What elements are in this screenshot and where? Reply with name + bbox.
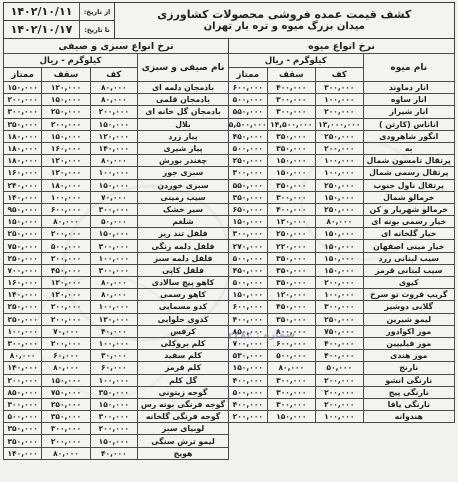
premium-price-cell: ۲۵۰,۰۰۰ [4, 228, 42, 240]
floor-price-cell: ۴۰,۰۰۰ [90, 325, 137, 337]
fruit-floor-column-header: کف [316, 68, 363, 82]
price-table-row: پرتقال رسمی شمال۱۰۰,۰۰۰۱۵۰,۰۰۰۳۰۰,۰۰۰ [229, 167, 455, 179]
price-table-row: کلم سفید۳۰,۰۰۰۶۰,۰۰۰۸۰,۰۰۰ [4, 350, 229, 362]
item-name-cell: سیر خشک [137, 203, 228, 215]
fruit-price-table: نام میوه کیلوگرم - ریال کف سقف ممتاز انا… [228, 53, 455, 423]
item-name-cell: گریپ فروت تو سرخ [363, 289, 454, 301]
document-title-box: کشف قیمت عمده فروشی محصولات کشاورزی میدا… [114, 2, 456, 39]
price-table-row: خرمالو شهریار و کن۲۵۰,۰۰۰۴۰۰,۰۰۰۶۵۰,۰۰۰ [229, 203, 455, 215]
floor-price-cell: ۵۰,۰۰۰ [316, 362, 363, 374]
premium-price-cell: ۳۵۰,۰۰۰ [4, 423, 42, 435]
floor-price-cell: ۱۵۰,۰۰۰ [316, 264, 363, 276]
ceiling-price-cell: ۱۸۰,۰۰۰ [42, 179, 90, 191]
floor-price-cell: ۲۵۰,۰۰۰ [316, 130, 363, 142]
ceiling-price-cell: ۱۲۰,۰۰۰ [42, 277, 90, 289]
premium-price-cell: ۳۰۰,۰۰۰ [4, 106, 42, 118]
ceiling-price-cell: ۱۲۰,۰۰۰ [42, 155, 90, 167]
ceiling-price-cell: ۱۵۰,۰۰۰ [42, 94, 90, 106]
item-name-cell: هویج [137, 447, 228, 459]
price-table-row: گوجه فرنگی بوته رس۱۵۰,۰۰۰۲۵۰,۰۰۰۳۰۰,۰۰۰ [4, 398, 229, 410]
ceiling-price-cell: ۴۵۰,۰۰۰ [42, 264, 90, 276]
ceiling-price-cell: ۸۰,۰۰۰ [42, 216, 90, 228]
ceiling-price-cell: ۳۰۰,۰۰۰ [267, 94, 316, 106]
ceiling-price-cell: ۲۰۰,۰۰۰ [42, 301, 90, 313]
price-table-row: نارنگی پیج۲۰۰,۰۰۰۳۰۰,۰۰۰۵۰۰,۰۰۰ [229, 386, 455, 398]
price-table-row: سبزی جور۱۰۰,۰۰۰۱۲۰,۰۰۰۱۶۰,۰۰۰ [4, 167, 229, 179]
veg-header-row-1: نام صیفی و سبزی کیلوگرم - ریال [4, 54, 229, 68]
fruit-table-wrapper: نام میوه کیلوگرم - ریال کف سقف ممتاز انا… [228, 53, 455, 423]
premium-price-cell: ۱۸۰,۰۰۰ [4, 142, 42, 154]
price-table-row: گوجه زیتونی۳۵۰,۰۰۰۷۵۰,۰۰۰۸۵۰,۰۰۰ [4, 386, 229, 398]
ceiling-price-cell: ۶۰,۰۰۰ [42, 350, 90, 362]
premium-price-cell: ۱۵,۵۰۰,۰۰۰ [229, 118, 267, 130]
price-table-row: سبزی خوردن۱۵۰,۰۰۰۱۸۰,۰۰۰۲۴۰,۰۰۰ [4, 179, 229, 191]
premium-price-cell: ۳۵۰,۰۰۰ [4, 435, 42, 447]
price-table-row: انار ساوه۱۰۰,۰۰۰۳۰۰,۰۰۰۵۰۰,۰۰۰ [229, 94, 455, 106]
floor-price-cell: ۱۰۰,۰۰۰ [90, 337, 137, 349]
veg-premium-column-header: ممتاز [4, 68, 42, 82]
premium-price-cell: ۱۴۰,۰۰۰ [4, 447, 42, 459]
floor-price-cell: ۱۲۰,۰۰۰ [90, 313, 137, 325]
floor-price-cell: ۳۰,۰۰۰ [90, 350, 137, 362]
premium-price-cell: ۱۴۰,۰۰۰ [4, 191, 42, 203]
ceiling-price-cell: ۳۰۰,۰۰۰ [267, 191, 316, 203]
premium-price-cell: ۲۵۰,۰۰۰ [4, 252, 42, 264]
ceiling-price-cell: ۱۵۰,۰۰۰ [267, 155, 316, 167]
premium-price-cell: ۲۰۰,۰۰۰ [4, 374, 42, 386]
price-table-row: خرمالو شمال۱۵۰,۰۰۰۳۰۰,۰۰۰۳۵۰,۰۰۰ [229, 191, 455, 203]
veg-unit-header: کیلوگرم - ریال [4, 54, 138, 68]
premium-price-cell: ۵۰۰,۰۰۰ [4, 411, 42, 423]
ceiling-price-cell: ۴۰۰,۰۰۰ [267, 203, 316, 215]
floor-price-cell: ۳۰۰,۰۰۰ [90, 264, 137, 276]
item-name-cell: سیب لبنانی قرمز [363, 264, 454, 276]
ceiling-price-cell: ۱۵۰,۰۰۰ [42, 130, 90, 142]
item-name-cell: انار ساوه [363, 94, 454, 106]
item-name-cell: خیار رسمی بوته ای [363, 216, 454, 228]
price-table-row: نارنج۵۰,۰۰۰۸۰,۰۰۰۱۵۰,۰۰۰ [229, 362, 455, 374]
premium-price-cell: ۷۰۰,۰۰۰ [4, 264, 42, 276]
floor-price-cell: ۲۰۰,۰۰۰ [316, 374, 363, 386]
price-table-row: پیاز زرد۱۲۰,۰۰۰۱۵۰,۰۰۰۱۸۰,۰۰۰ [4, 130, 229, 142]
floor-price-cell: ۱۵۰,۰۰۰ [316, 252, 363, 264]
premium-price-cell: ۹۵۰,۰۰۰ [4, 203, 42, 215]
floor-price-cell: ۲۰۰,۰۰۰ [90, 423, 137, 435]
floor-price-cell: ۸۰,۰۰۰ [90, 94, 137, 106]
item-name-cell: خرمالو شهریار و کن [363, 203, 454, 215]
ceiling-price-cell: ۴۰۰,۰۰۰ [267, 82, 316, 94]
item-name-cell: کرفس [137, 325, 228, 337]
price-table-row: هویج۴۰,۰۰۰۸۰,۰۰۰۱۴۰,۰۰۰ [4, 447, 229, 459]
floor-price-cell: ۳۵۰,۰۰۰ [90, 386, 137, 398]
price-table-row: خیار مینی اصفهان۱۵۰,۰۰۰۲۲۰,۰۰۰۲۷۰,۰۰۰ [229, 240, 455, 252]
price-table-row: شلغم۵۰,۰۰۰۸۰,۰۰۰۱۵۰,۰۰۰ [4, 216, 229, 228]
floor-price-cell: ۴۰۰,۰۰۰ [316, 337, 363, 349]
item-name-cell: کاهو پیچ سالادی [137, 277, 228, 289]
price-table-row: گریپ فروت تو سرخ۱۰۰,۰۰۰۱۲۰,۰۰۰۱۵۰,۰۰۰ [229, 289, 455, 301]
price-table-row: لیمو شیرین۲۵۰,۰۰۰۳۵۰,۰۰۰۴۰۰,۰۰۰ [229, 313, 455, 325]
ceiling-price-cell: ۱۲۰,۰۰۰ [42, 289, 90, 301]
ceiling-price-cell: ۲۵۰,۰۰۰ [42, 398, 90, 410]
item-name-cell: اناناس (کارتن ) [363, 118, 454, 130]
premium-price-cell: ۱۸۰,۰۰۰ [4, 130, 42, 142]
scanned-price-sheet: { "doc": { "title1": "کشف قیمت عمده فروش… [0, 0, 458, 482]
item-name-cell: بلال [137, 118, 228, 130]
price-table-row: گوجه فرنگی گلخانه۳۰۰,۰۰۰۳۵۰,۰۰۰۵۰۰,۰۰۰ [4, 411, 229, 423]
floor-price-cell: ۳۰۰,۰۰۰ [316, 82, 363, 94]
premium-price-cell: ۴۵۰,۰۰۰ [229, 264, 267, 276]
item-name-cell: موز اکوادور [363, 325, 454, 337]
date-from-row: از تاریخ: ۱۴۰۲/۱۰/۱۱ [4, 3, 114, 21]
premium-price-cell: ۳۰۰,۰۰۰ [4, 337, 42, 349]
floor-price-cell: ۱۰۰,۰۰۰ [90, 374, 137, 386]
date-to-value: ۱۴۰۲/۱۰/۱۷ [4, 23, 79, 36]
floor-price-cell: ۱۵۰,۰۰۰ [90, 435, 137, 447]
price-table-row: کاهو پیچ سالادی۸۰,۰۰۰۱۲۰,۰۰۰۱۶۰,۰۰۰ [4, 277, 229, 289]
premium-price-cell: ۱۴۰,۰۰۰ [4, 289, 42, 301]
ceiling-price-cell: ۱۰۰,۰۰۰ [42, 191, 90, 203]
premium-price-cell: ۳۵۰,۰۰۰ [229, 191, 267, 203]
price-table-row: سیب لبنانی زرد۱۵۰,۰۰۰۳۵۰,۰۰۰۵۰۰,۰۰۰ [229, 252, 455, 264]
item-name-cell: فلفل دلمه سبز [137, 252, 228, 264]
premium-price-cell: ۴۰۰,۰۰۰ [229, 374, 267, 386]
floor-price-cell: ۱۰۰,۰۰۰ [316, 167, 363, 179]
veg-ceiling-column-header: سقف [42, 68, 90, 82]
ceiling-price-cell: ۱۵۰,۰۰۰ [267, 167, 316, 179]
premium-price-cell: ۲۵۰,۰۰۰ [4, 301, 42, 313]
date-range-box: از تاریخ: ۱۴۰۲/۱۰/۱۱ تا تاریخ: ۱۴۰۲/۱۰/۱… [3, 2, 115, 39]
floor-price-cell: ۸۰,۰۰۰ [90, 277, 137, 289]
date-to-label: تا تاریخ: [79, 21, 114, 38]
item-name-cell: موز فیلیپین [363, 337, 454, 349]
price-table-row: فلفل دلمه سبز۱۰۰,۰۰۰۲۰۰,۰۰۰۲۵۰,۰۰۰ [4, 252, 229, 264]
ceiling-price-cell: ۱۵۰,۰۰۰ [42, 374, 90, 386]
price-table-row: کرفس۴۰,۰۰۰۷۰,۰۰۰۱۰۰,۰۰۰ [4, 325, 229, 337]
ceiling-price-cell: ۳۰۰,۰۰۰ [267, 386, 316, 398]
ceiling-price-cell: ۲۰۰,۰۰۰ [42, 313, 90, 325]
ceiling-price-cell: ۱۲۰,۰۰۰ [42, 82, 90, 94]
ceiling-price-cell: ۲۰۰,۰۰۰ [42, 118, 90, 130]
price-table-row: سیب لبنانی قرمز۱۵۰,۰۰۰۳۵۰,۰۰۰۴۵۰,۰۰۰ [229, 264, 455, 276]
ceiling-price-cell: ۸۰۰,۰۰۰ [267, 325, 316, 337]
floor-price-cell: ۱۵۰,۰۰۰ [90, 118, 137, 130]
ceiling-price-cell: ۱۲۰,۰۰۰ [267, 289, 316, 301]
premium-price-cell: ۳۰۰,۰۰۰ [229, 167, 267, 179]
item-name-cell: چغندر بورش [137, 155, 228, 167]
floor-price-cell: ۶۰,۰۰۰ [90, 362, 137, 374]
premium-price-cell: ۴۰۰,۰۰۰ [229, 313, 267, 325]
item-name-cell: هندوانه [363, 411, 454, 423]
item-name-cell: سبزی جور [137, 167, 228, 179]
premium-price-cell: ۵۰۰,۰۰۰ [229, 386, 267, 398]
floor-price-cell: ۱۵۰,۰۰۰ [90, 179, 137, 191]
item-name-cell: به [363, 142, 454, 154]
premium-price-cell: ۱۴۰,۰۰۰ [4, 362, 42, 374]
price-table-row: بادمجان دلمه ای۸۰,۰۰۰۱۲۰,۰۰۰۱۵۰,۰۰۰ [4, 82, 229, 94]
premium-price-cell: ۱۶۰,۰۰۰ [4, 167, 42, 179]
item-name-cell: پرتقال تامسون شمال [363, 155, 454, 167]
veg-floor-column-header: کف [90, 68, 137, 82]
premium-price-cell: ۱۵۰,۰۰۰ [229, 362, 267, 374]
ceiling-price-cell: ۳۵۰,۰۰۰ [267, 277, 316, 289]
premium-price-cell: ۸۵۰,۰۰۰ [229, 325, 267, 337]
veg-name-column-header: نام صیفی و سبزی [137, 54, 228, 82]
price-tables: نام میوه کیلوگرم - ریال کف سقف ممتاز انا… [3, 53, 455, 460]
item-name-cell: کلم بروکلی [137, 337, 228, 349]
item-name-cell: پیاز شیری [137, 142, 228, 154]
ceiling-price-cell: ۶۰۰,۰۰۰ [42, 203, 90, 215]
floor-price-cell: ۱۰۰,۰۰۰ [90, 301, 137, 313]
ceiling-price-cell: ۳۵۰,۰۰۰ [267, 252, 316, 264]
ceiling-price-cell: ۱۲۰,۰۰۰ [42, 167, 90, 179]
price-table-row: اناناس (کارتن )۱۳,۰۰۰,۰۰۰۱۴,۵۰۰,۰۰۰۱۵,۵۰… [229, 118, 455, 130]
item-name-cell: انگور شاهرودی [363, 130, 454, 142]
floor-price-cell: ۲۰۰,۰۰۰ [316, 386, 363, 398]
price-table-row: انار شیراز۲۰۰,۰۰۰۳۰۰,۰۰۰۵۵۰,۰۰۰ [229, 106, 455, 118]
ceiling-price-cell: ۳۵۰,۰۰۰ [267, 179, 316, 191]
floor-price-cell: ۸۰,۰۰۰ [90, 155, 137, 167]
price-table-row: خیار گلخانه ای۱۵۰,۰۰۰۲۵۰,۰۰۰۳۰۰,۰۰۰ [229, 228, 455, 240]
premium-price-cell: ۲۵۰,۰۰۰ [4, 313, 42, 325]
price-table-row: چغندر بورش۸۰,۰۰۰۱۲۰,۰۰۰۱۸۰,۰۰۰ [4, 155, 229, 167]
item-name-cell: نارنج [363, 362, 454, 374]
premium-price-cell: ۶۰۰,۰۰۰ [229, 82, 267, 94]
fruit-premium-column-header: ممتاز [229, 68, 267, 82]
ceiling-price-cell: ۱۲۰,۰۰۰ [267, 216, 316, 228]
price-table-row: لوبیای سبز۲۰۰,۰۰۰۳۰۰,۰۰۰۳۵۰,۰۰۰ [4, 423, 229, 435]
ceiling-price-cell: ۲۰۰,۰۰۰ [42, 252, 90, 264]
item-name-cell: فلفل تند ریز [137, 228, 228, 240]
item-name-cell: سیب لبنانی زرد [363, 252, 454, 264]
date-from-label: از تاریخ: [79, 3, 114, 20]
price-table-row: کدو مسمایی۱۰۰,۰۰۰۲۰۰,۰۰۰۲۵۰,۰۰۰ [4, 301, 229, 313]
floor-price-cell: ۱۰۰,۰۰۰ [90, 167, 137, 179]
ceiling-price-cell: ۲۲۰,۰۰۰ [267, 240, 316, 252]
premium-price-cell: ۲۴۰,۰۰۰ [4, 179, 42, 191]
floor-price-cell: ۲۰۰,۰۰۰ [90, 106, 137, 118]
item-name-cell: گلابی دوشیز [363, 301, 454, 313]
premium-price-cell: ۷۵۰,۰۰۰ [4, 240, 42, 252]
ceiling-price-cell: ۳۰۰,۰۰۰ [267, 374, 316, 386]
item-name-cell: لیمو شیرین [363, 313, 454, 325]
premium-price-cell: ۱۵۰,۰۰۰ [4, 82, 42, 94]
price-table-row: انار دماوند۳۰۰,۰۰۰۴۰۰,۰۰۰۶۰۰,۰۰۰ [229, 82, 455, 94]
date-to-row: تا تاریخ: ۱۴۰۲/۱۰/۱۷ [4, 21, 114, 38]
veg-price-table: نام صیفی و سبزی کیلوگرم - ریال کف سقف مم… [3, 53, 229, 460]
floor-price-cell: ۷۰,۰۰۰ [90, 191, 137, 203]
item-name-cell: پرتقال ناول جنوب [363, 179, 454, 191]
price-table-row: فلفل کاپی۳۰۰,۰۰۰۴۵۰,۰۰۰۷۰۰,۰۰۰ [4, 264, 229, 276]
item-name-cell: کاهو رسمی [137, 289, 228, 301]
price-table-row: گل کلم۱۰۰,۰۰۰۱۵۰,۰۰۰۲۰۰,۰۰۰ [4, 374, 229, 386]
price-table-row: کاهو رسمی۸۰,۰۰۰۱۲۰,۰۰۰۱۴۰,۰۰۰ [4, 289, 229, 301]
floor-price-cell: ۱۰۰,۰۰۰ [316, 94, 363, 106]
price-table-row: خیار رسمی بوته ای۸۰,۰۰۰۱۲۰,۰۰۰۱۵۰,۰۰۰ [229, 216, 455, 228]
premium-price-cell: ۲۰۰,۰۰۰ [229, 411, 267, 423]
ceiling-price-cell: ۳۵۰,۰۰۰ [267, 313, 316, 325]
ceiling-price-cell: ۲۰۰,۰۰۰ [42, 228, 90, 240]
item-name-cell: پیاز زرد [137, 130, 228, 142]
floor-price-cell: ۳۰۰,۰۰۰ [90, 240, 137, 252]
ceiling-price-cell: ۳۰۰,۰۰۰ [267, 106, 316, 118]
fruit-name-column-header: نام میوه [363, 54, 454, 82]
price-table-row: بادمجان قلمی۸۰,۰۰۰۱۵۰,۰۰۰۲۰۰,۰۰۰ [4, 94, 229, 106]
floor-price-cell: ۱۵۰,۰۰۰ [316, 240, 363, 252]
floor-price-cell: ۱۰۰,۰۰۰ [316, 289, 363, 301]
premium-price-cell: ۴۰۰,۰۰۰ [229, 398, 267, 410]
floor-price-cell: ۳۰۰,۰۰۰ [316, 301, 363, 313]
price-table-row: پیاز شیری۱۴۰,۰۰۰۱۶۰,۰۰۰۱۸۰,۰۰۰ [4, 142, 229, 154]
item-name-cell: بادمجان دلمه ای [137, 82, 228, 94]
item-name-cell: سیب زمینی [137, 191, 228, 203]
price-table-row: موز اکوادور۷۵۰,۰۰۰۸۰۰,۰۰۰۸۵۰,۰۰۰ [229, 325, 455, 337]
premium-price-cell: ۸۵۰,۰۰۰ [4, 386, 42, 398]
date-from-value: ۱۴۰۲/۱۰/۱۱ [4, 5, 79, 18]
document-header: کشف قیمت عمده فروشی محصولات کشاورزی میدا… [3, 2, 455, 39]
item-name-cell: فلفل دلمه رنگی [137, 240, 228, 252]
price-table-row: موز فیلیپین۴۰۰,۰۰۰۶۰۰,۰۰۰۷۰۰,۰۰۰ [229, 337, 455, 349]
premium-price-cell: ۷۰۰,۰۰۰ [229, 337, 267, 349]
ceiling-price-cell: ۲۵۰,۰۰۰ [267, 228, 316, 240]
premium-price-cell: ۵۰۰,۰۰۰ [229, 277, 267, 289]
floor-price-cell: ۵۰,۰۰۰ [90, 216, 137, 228]
price-table-row: بلال۱۵۰,۰۰۰۲۰۰,۰۰۰۳۵۰,۰۰۰ [4, 118, 229, 130]
floor-price-cell: ۸۰,۰۰۰ [90, 82, 137, 94]
item-name-cell: فلفل کاپی [137, 264, 228, 276]
premium-price-cell: ۵۵۰,۰۰۰ [229, 179, 267, 191]
item-name-cell: خرمالو شمال [363, 191, 454, 203]
ceiling-price-cell: ۲۰۰,۰۰۰ [42, 337, 90, 349]
price-table-row: بادمجان گل خانه ای۲۰۰,۰۰۰۲۵۰,۰۰۰۳۰۰,۰۰۰ [4, 106, 229, 118]
item-name-cell: شلغم [137, 216, 228, 228]
ceiling-price-cell: ۳۰۰,۰۰۰ [42, 423, 90, 435]
item-name-cell: گوجه فرنگی بوته رس [137, 398, 228, 410]
price-table-row: کلم بروکلی۱۰۰,۰۰۰۲۰۰,۰۰۰۳۰۰,۰۰۰ [4, 337, 229, 349]
item-name-cell: خیار گلخانه ای [363, 228, 454, 240]
item-name-cell: بادمجان گل خانه ای [137, 106, 228, 118]
item-name-cell: سبزی خوردن [137, 179, 228, 191]
premium-price-cell: ۱۵۰,۰۰۰ [229, 216, 267, 228]
price-table-row: به۲۰۰,۰۰۰۳۵۰,۰۰۰۵۰۰,۰۰۰ [229, 142, 455, 154]
premium-price-cell: ۱۶۰,۰۰۰ [4, 277, 42, 289]
fruit-header-row-1: نام میوه کیلوگرم - ریال [229, 54, 455, 68]
ceiling-price-cell: ۳۰۰,۰۰۰ [267, 398, 316, 410]
item-name-cell: لیمو ترش سنگی [137, 435, 228, 447]
ceiling-price-cell: ۶۰۰,۰۰۰ [267, 337, 316, 349]
price-table-row: فلفل تند ریز۱۵۰,۰۰۰۲۰۰,۰۰۰۲۵۰,۰۰۰ [4, 228, 229, 240]
ceiling-price-cell: ۷۵۰,۰۰۰ [42, 386, 90, 398]
fruit-section-title: نرخ انواع میوه [228, 38, 455, 54]
document-title-line2: میدان بزرگ میوه و تره بار تهران [115, 21, 455, 33]
floor-price-cell: ۱۰۰,۰۰۰ [90, 252, 137, 264]
item-name-cell: خیار مینی اصفهان [363, 240, 454, 252]
item-name-cell: گل کلم [137, 374, 228, 386]
premium-price-cell: ۱۸۰,۰۰۰ [4, 155, 42, 167]
premium-price-cell: ۸۰,۰۰۰ [4, 350, 42, 362]
floor-price-cell: ۲۰۰,۰۰۰ [316, 398, 363, 410]
item-name-cell: کلم سفید [137, 350, 228, 362]
floor-price-cell: ۸۰,۰۰۰ [316, 216, 363, 228]
item-name-cell: لوبیای سبز [137, 423, 228, 435]
item-name-cell: کدوی حلوایی [137, 313, 228, 325]
price-table-row: گلابی دوشیز۳۰۰,۰۰۰۴۵۰,۰۰۰۶۰۰,۰۰۰ [229, 301, 455, 313]
floor-price-cell: ۱۴۰,۰۰۰ [90, 142, 137, 154]
ceiling-price-cell: ۸۰,۰۰۰ [267, 362, 316, 374]
premium-price-cell: ۱۵۰,۰۰۰ [4, 216, 42, 228]
item-name-cell: کیوی [363, 277, 454, 289]
ceiling-price-cell: ۵۰۰,۰۰۰ [42, 240, 90, 252]
item-name-cell: موز هندی [363, 350, 454, 362]
premium-price-cell: ۵۵۰,۰۰۰ [229, 106, 267, 118]
premium-price-cell: ۵۰۰,۰۰۰ [229, 142, 267, 154]
floor-price-cell: ۳۰۰,۰۰۰ [90, 411, 137, 423]
ceiling-price-cell: ۱۶۰,۰۰۰ [42, 142, 90, 154]
premium-price-cell: ۲۵۰,۰۰۰ [229, 155, 267, 167]
price-table-row: کلم قرمز۶۰,۰۰۰۸۰,۰۰۰۱۴۰,۰۰۰ [4, 362, 229, 374]
floor-price-cell: ۱۵۰,۰۰۰ [316, 191, 363, 203]
document-title-line1: کشف قیمت عمده فروشی محصولات کشاورزی [115, 8, 455, 21]
price-table-row: نارنگی انشو۲۰۰,۰۰۰۳۰۰,۰۰۰۴۰۰,۰۰۰ [229, 374, 455, 386]
premium-price-cell: ۱۰۰,۰۰۰ [4, 325, 42, 337]
item-name-cell: کلم قرمز [137, 362, 228, 374]
floor-price-cell: ۱۳,۰۰۰,۰۰۰ [316, 118, 363, 130]
item-name-cell: گوجه فرنگی گلخانه [137, 411, 228, 423]
fruit-unit-header: کیلوگرم - ریال [229, 54, 363, 68]
floor-price-cell: ۲۵۰,۰۰۰ [316, 313, 363, 325]
premium-price-cell: ۶۵۰,۰۰۰ [229, 203, 267, 215]
item-name-cell: کدو مسمایی [137, 301, 228, 313]
floor-price-cell: ۱۰۰,۰۰۰ [316, 411, 363, 423]
floor-price-cell: ۲۵۰,۰۰۰ [316, 179, 363, 191]
price-table-row: لیمو ترش سنگی۱۵۰,۰۰۰۲۰۰,۰۰۰۳۵۰,۰۰۰ [4, 435, 229, 447]
floor-price-cell: ۲۰۰,۰۰۰ [316, 277, 363, 289]
floor-price-cell: ۸۰,۰۰۰ [90, 289, 137, 301]
floor-price-cell: ۴۰,۰۰۰ [90, 447, 137, 459]
ceiling-price-cell: ۸۰,۰۰۰ [42, 447, 90, 459]
price-sheet-page: کشف قیمت عمده فروشی محصولات کشاورزی میدا… [0, 0, 458, 482]
item-name-cell: پرتقال رسمی شمال [363, 167, 454, 179]
premium-price-cell: ۳۰۰,۰۰۰ [229, 228, 267, 240]
premium-price-cell: ۴۵۰,۰۰۰ [229, 130, 267, 142]
price-table-row: کدوی حلوایی۱۲۰,۰۰۰۲۰۰,۰۰۰۲۵۰,۰۰۰ [4, 313, 229, 325]
floor-price-cell: ۲۵۰,۰۰۰ [316, 203, 363, 215]
ceiling-price-cell: ۵۰۰,۰۰۰ [267, 350, 316, 362]
item-name-cell: انار دماوند [363, 82, 454, 94]
floor-price-cell: ۳۰۰,۰۰۰ [90, 203, 137, 215]
ceiling-price-cell: ۳۵۰,۰۰۰ [267, 264, 316, 276]
floor-price-cell: ۱۵۰,۰۰۰ [316, 228, 363, 240]
ceiling-price-cell: ۳۵۰,۰۰۰ [267, 130, 316, 142]
ceiling-price-cell: ۷۰,۰۰۰ [42, 325, 90, 337]
ceiling-price-cell: ۱۵۰,۰۰۰ [267, 411, 316, 423]
ceiling-price-cell: ۱۴,۵۰۰,۰۰۰ [267, 118, 316, 130]
premium-price-cell: ۵۰۰,۰۰۰ [229, 94, 267, 106]
veg-section-title: نرخ انواع سبزی و صیفی [3, 38, 229, 54]
premium-price-cell: ۵۰۰,۰۰۰ [229, 252, 267, 264]
price-table-row: هندوانه۱۰۰,۰۰۰۱۵۰,۰۰۰۲۰۰,۰۰۰ [229, 411, 455, 423]
price-table-row: پرتقال ناول جنوب۲۵۰,۰۰۰۳۵۰,۰۰۰۵۵۰,۰۰۰ [229, 179, 455, 191]
floor-price-cell: ۱۵۰,۰۰۰ [90, 228, 137, 240]
ceiling-price-cell: ۳۵۰,۰۰۰ [267, 142, 316, 154]
floor-price-cell: ۲۰۰,۰۰۰ [316, 106, 363, 118]
floor-price-cell: ۱۰۰,۰۰۰ [316, 155, 363, 167]
premium-price-cell: ۵۳۰,۰۰۰ [229, 350, 267, 362]
floor-price-cell: ۱۲۰,۰۰۰ [90, 130, 137, 142]
price-table-row: سیر خشک۳۰۰,۰۰۰۶۰۰,۰۰۰۹۵۰,۰۰۰ [4, 203, 229, 215]
price-table-row: کیوی۲۰۰,۰۰۰۳۵۰,۰۰۰۵۰۰,۰۰۰ [229, 277, 455, 289]
ceiling-price-cell: ۲۵۰,۰۰۰ [42, 106, 90, 118]
ceiling-price-cell: ۳۵۰,۰۰۰ [42, 411, 90, 423]
